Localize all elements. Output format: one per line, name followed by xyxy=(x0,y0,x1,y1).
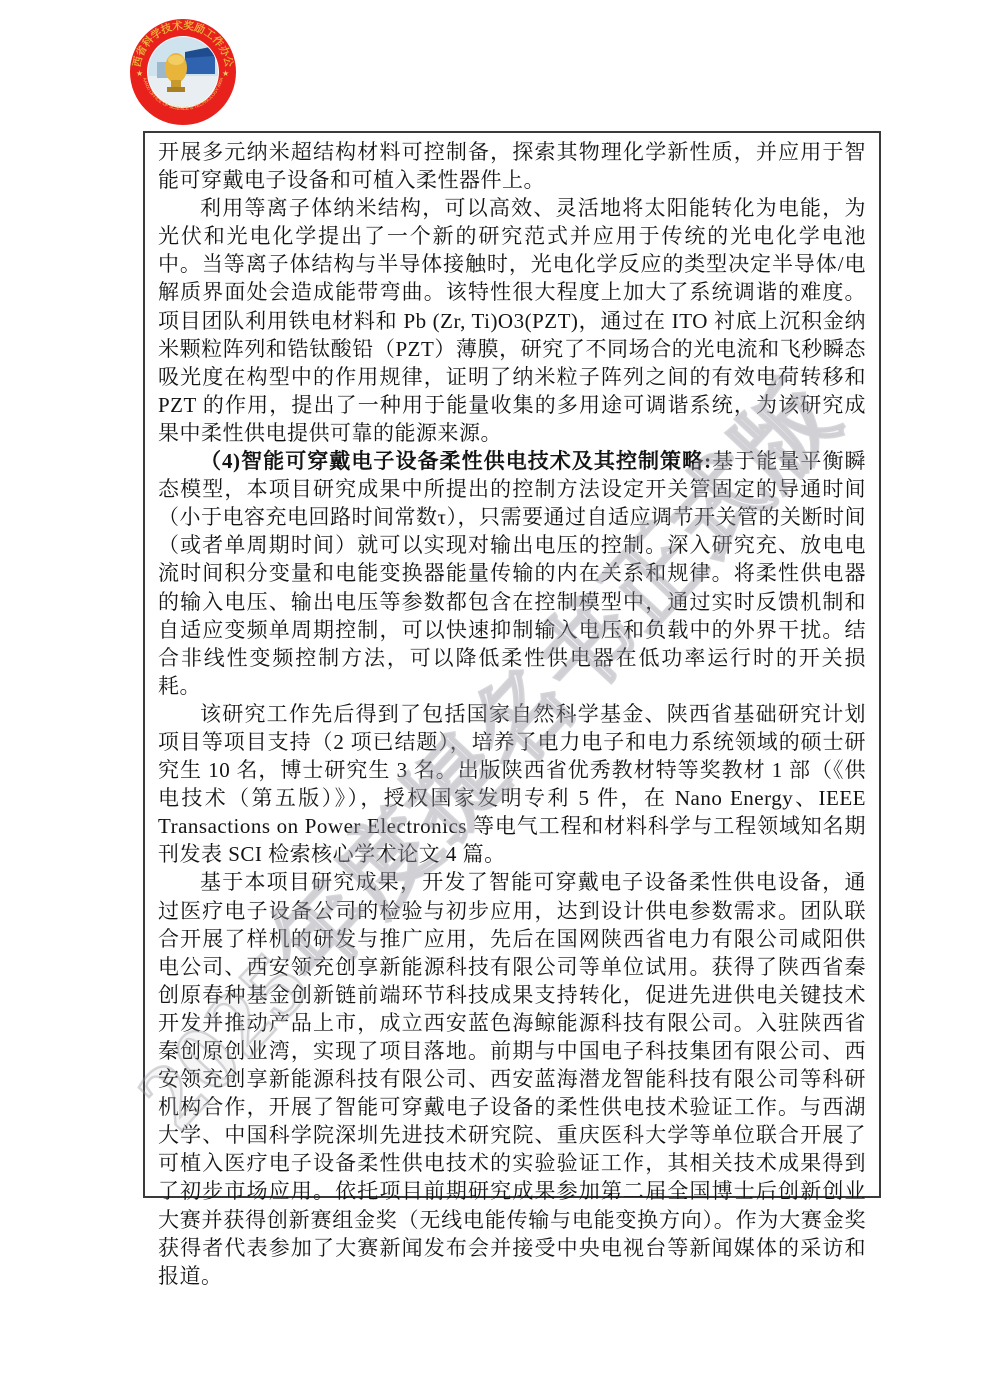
seal-star-right-icon: ★ xyxy=(222,69,229,78)
seal-center-photo xyxy=(148,37,218,107)
seal-icon: 陕西省科学技术奖励工作办公室 SHAANXI OFFICE OF SCIENCE… xyxy=(127,16,239,128)
paragraph-4: 该研究工作先后得到了包括国家自然科学基金、陕西省基础研究计划项目等项目支持（2 … xyxy=(158,700,866,869)
bold-heading-segment: （4)智能可穿戴电子设备柔性供电技术及其控制策略: xyxy=(200,449,712,473)
text-segment: 该研究工作先后得到了包括国家自然科学基金、陕西省基础研究计划项目等项目支持（2 … xyxy=(158,702,866,866)
seal-star-left-icon: ★ xyxy=(136,69,143,78)
text-segment: 开展多元纳米超结构材料可控制备，探索其物理化学新性质，并应用于智能可穿戴电子设备… xyxy=(158,140,866,192)
paragraph-2: 利用等离子体纳米结构，可以高效、灵活地将太阳能转化为电能，为光伏和光电化学提出了… xyxy=(158,194,866,447)
document-body: 开展多元纳米超结构材料可控制备，探索其物理化学新性质，并应用于智能可穿戴电子设备… xyxy=(158,138,866,1290)
text-segment: 基于能量平衡瞬态模型，本项目研究成果中所提出的控制方法设定开关管固定的导通时间（… xyxy=(158,449,866,698)
award-office-seal-logo: 陕西省科学技术奖励工作办公室 SHAANXI OFFICE OF SCIENCE… xyxy=(127,16,239,128)
paragraph-3: （4)智能可穿戴电子设备柔性供电技术及其控制策略:基于能量平衡瞬态模型，本项目研… xyxy=(158,447,866,700)
paragraph-5: 基于本项目研究成果，开发了智能可穿戴电子设备柔性供电设备，通过医疗电子设备公司的… xyxy=(158,868,866,1289)
text-segment: 基于本项目研究成果，开发了智能可穿戴电子设备柔性供电设备，通过医疗电子设备公司的… xyxy=(158,870,866,1287)
document-content-box: 开展多元纳米超结构材料可控制备，探索其物理化学新性质，并应用于智能可穿戴电子设备… xyxy=(143,131,881,1198)
paragraph-1: 开展多元纳米超结构材料可控制备，探索其物理化学新性质，并应用于智能可穿戴电子设备… xyxy=(158,138,866,194)
text-segment: 利用等离子体纳米结构，可以高效、灵活地将太阳能转化为电能，为光伏和光电化学提出了… xyxy=(158,196,866,445)
page: { "logo": { "ring_text_cn": "陕西省科学技术奖励工作… xyxy=(0,0,990,1399)
